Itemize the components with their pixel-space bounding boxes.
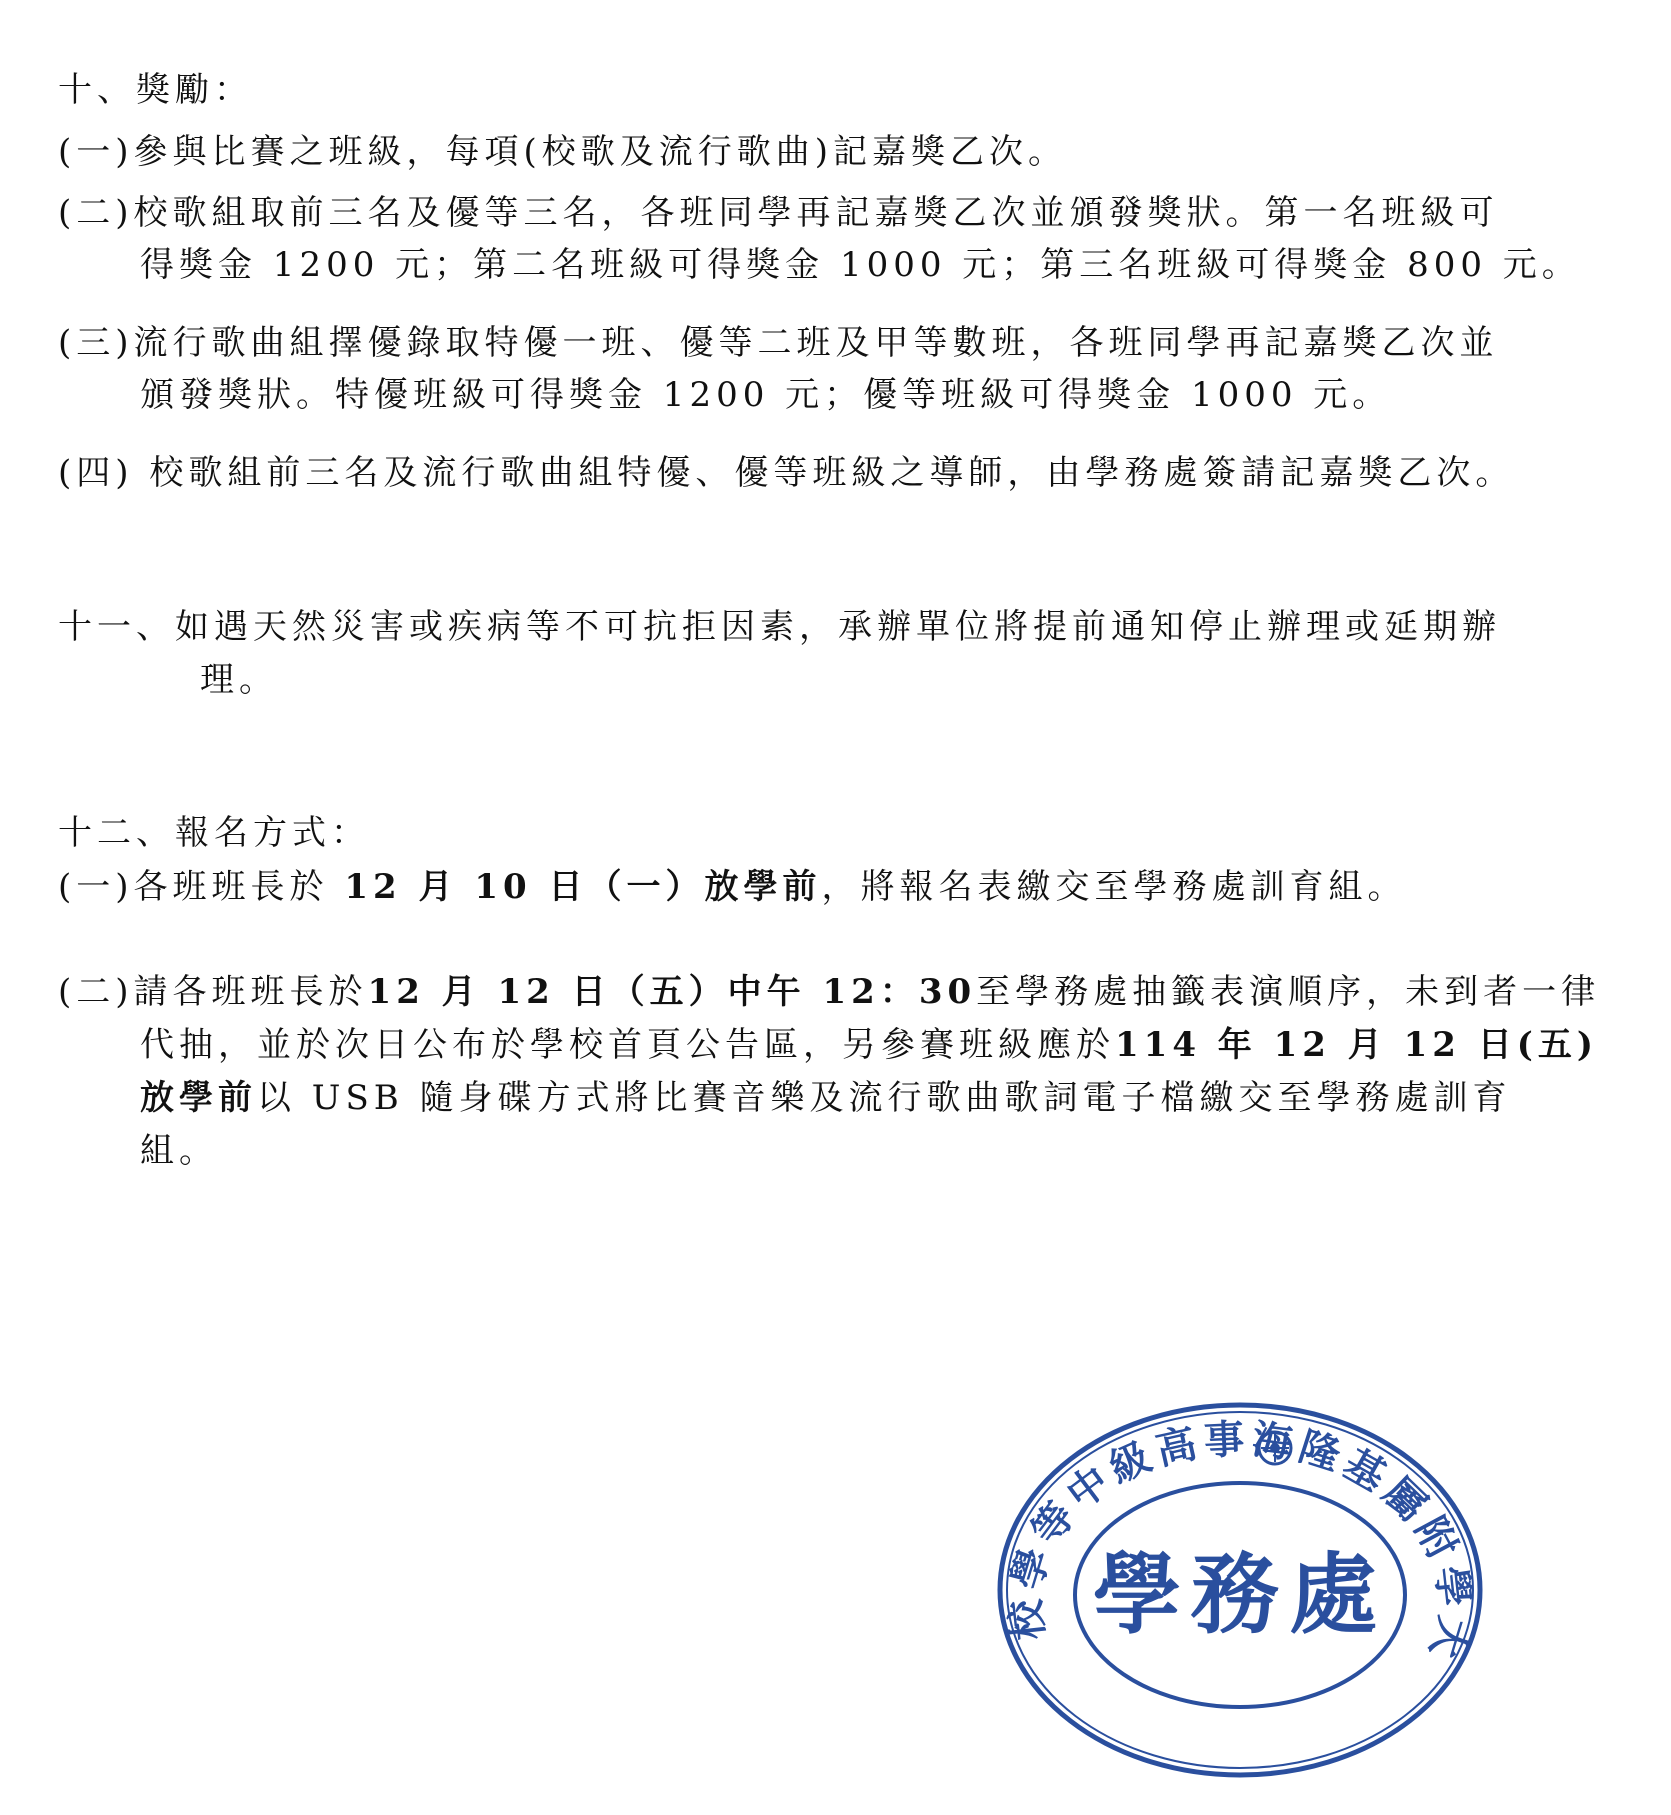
section-12-item-2: (二)請各班班長於12 月 12 日（五）中午 12：30至學務處抽籤表演順序，… — [58, 972, 1600, 1012]
item-text: ，將報名表繳交至學務處訓育組。 — [821, 867, 1406, 907]
deadline-bold: 12 月 10 日（一）放學前 — [344, 867, 821, 907]
item-text: 各班班長於 — [134, 867, 345, 907]
section-10-item-3: (三)流行歌曲組擇優錄取特優一班、優等二班及甲等數班，各班同學再記嘉獎乙次並 — [58, 323, 1499, 363]
item-marker: (二) — [58, 972, 134, 1012]
item-marker: (三) — [58, 323, 134, 363]
stamp-seal-icon: 校學等中級高事海隆基屬附學大洋海灣臺立國 學務處 — [990, 1390, 1490, 1790]
section-10-item-4: (四) 校歌組前三名及流行歌曲組特優、優等班級之導師，由學務處簽請記嘉獎乙次。 — [58, 453, 1514, 493]
item-marker: (一) — [58, 132, 134, 172]
item-marker: (一) — [58, 867, 134, 907]
plum-blossom-icon — [1259, 1432, 1291, 1464]
draw-time-bold: 12 月 12 日（五）中午 12：30 — [368, 972, 977, 1012]
item-text: 校歌組取前三名及優等三名，各班同學再記嘉獎乙次並頒發獎狀。第一名班級可 — [134, 193, 1499, 233]
submission-date-bold: 114 年 12 月 12 日(五) — [1115, 1025, 1598, 1065]
section-10-item-2: (二)校歌組取前三名及優等三名，各班同學再記嘉獎乙次並頒發獎狀。第一名班級可 — [58, 193, 1499, 233]
section-11-heading: 十一、 — [58, 607, 175, 647]
item-marker: (四) — [58, 453, 134, 493]
svg-text:學務處: 學務處 — [1093, 1542, 1387, 1646]
item-text: 代抽，並於次日公布於學校首頁公告區，另參賽班級應於 — [140, 1025, 1115, 1065]
section-10-item-1: (一)參與比賽之班級，每項(校歌及流行歌曲)記嘉獎乙次。 — [58, 132, 1067, 172]
item-text: 請各班班長於 — [134, 972, 368, 1012]
section-12-item-2-line-4: 組。 — [140, 1131, 218, 1171]
section-10-item-3-cont: 頒發獎狀。特優班級可得獎金 1200 元；優等班級可得獎金 1000 元。 — [140, 375, 1391, 415]
item-text: 流行歌曲組擇優錄取特優一班、優等二班及甲等數班，各班同學再記嘉獎乙次並 — [134, 323, 1499, 363]
section-11-cont: 理。 — [200, 660, 278, 700]
before-dismissal-bold: 放學前 — [140, 1078, 257, 1118]
document-page: 十、獎勵： (一)參與比賽之班級，每項(校歌及流行歌曲)記嘉獎乙次。 (二)校歌… — [0, 0, 1671, 1815]
official-stamp: 校學等中級高事海隆基屬附學大洋海灣臺立國 學務處 — [990, 1390, 1490, 1790]
item-text: 參與比賽之班級，每項(校歌及流行歌曲)記嘉獎乙次。 — [134, 132, 1068, 172]
section-12-heading: 十二、報名方式： — [58, 813, 370, 853]
item-marker: (二) — [58, 193, 134, 233]
section-12-item-2-line-3: 放學前以 USB 隨身碟方式將比賽音樂及流行歌曲歌詞電子檔繳交至學務處訓育 — [140, 1078, 1512, 1118]
section-10-item-2-cont: 得獎金 1200 元；第二名班級可得獎金 1000 元；第三名班級可得獎金 80… — [140, 245, 1581, 285]
item-text: 以 USB 隨身碟方式將比賽音樂及流行歌曲歌詞電子檔繳交至學務處訓育 — [257, 1078, 1512, 1118]
section-12-item-1: (一)各班班長於 12 月 10 日（一）放學前，將報名表繳交至學務處訓育組。 — [58, 867, 1406, 907]
section-11-text: 如遇天然災害或疾病等不可抗拒因素，承辦單位將提前通知停止辦理或延期辦 — [175, 607, 1501, 647]
section-10-heading: 十、獎勵： — [58, 70, 253, 110]
section-12-item-2-line-2: 代抽，並於次日公布於學校首頁公告區，另參賽班級應於114 年 12 月 12 日… — [140, 1025, 1598, 1065]
section-11: 十一、如遇天然災害或疾病等不可抗拒因素，承辦單位將提前通知停止辦理或延期辦 — [58, 607, 1501, 647]
item-text: 至學務處抽籤表演順序，未到者一律 — [976, 972, 1600, 1012]
item-text: 校歌組前三名及流行歌曲組特優、優等班級之導師，由學務處簽請記嘉獎乙次。 — [134, 453, 1515, 493]
